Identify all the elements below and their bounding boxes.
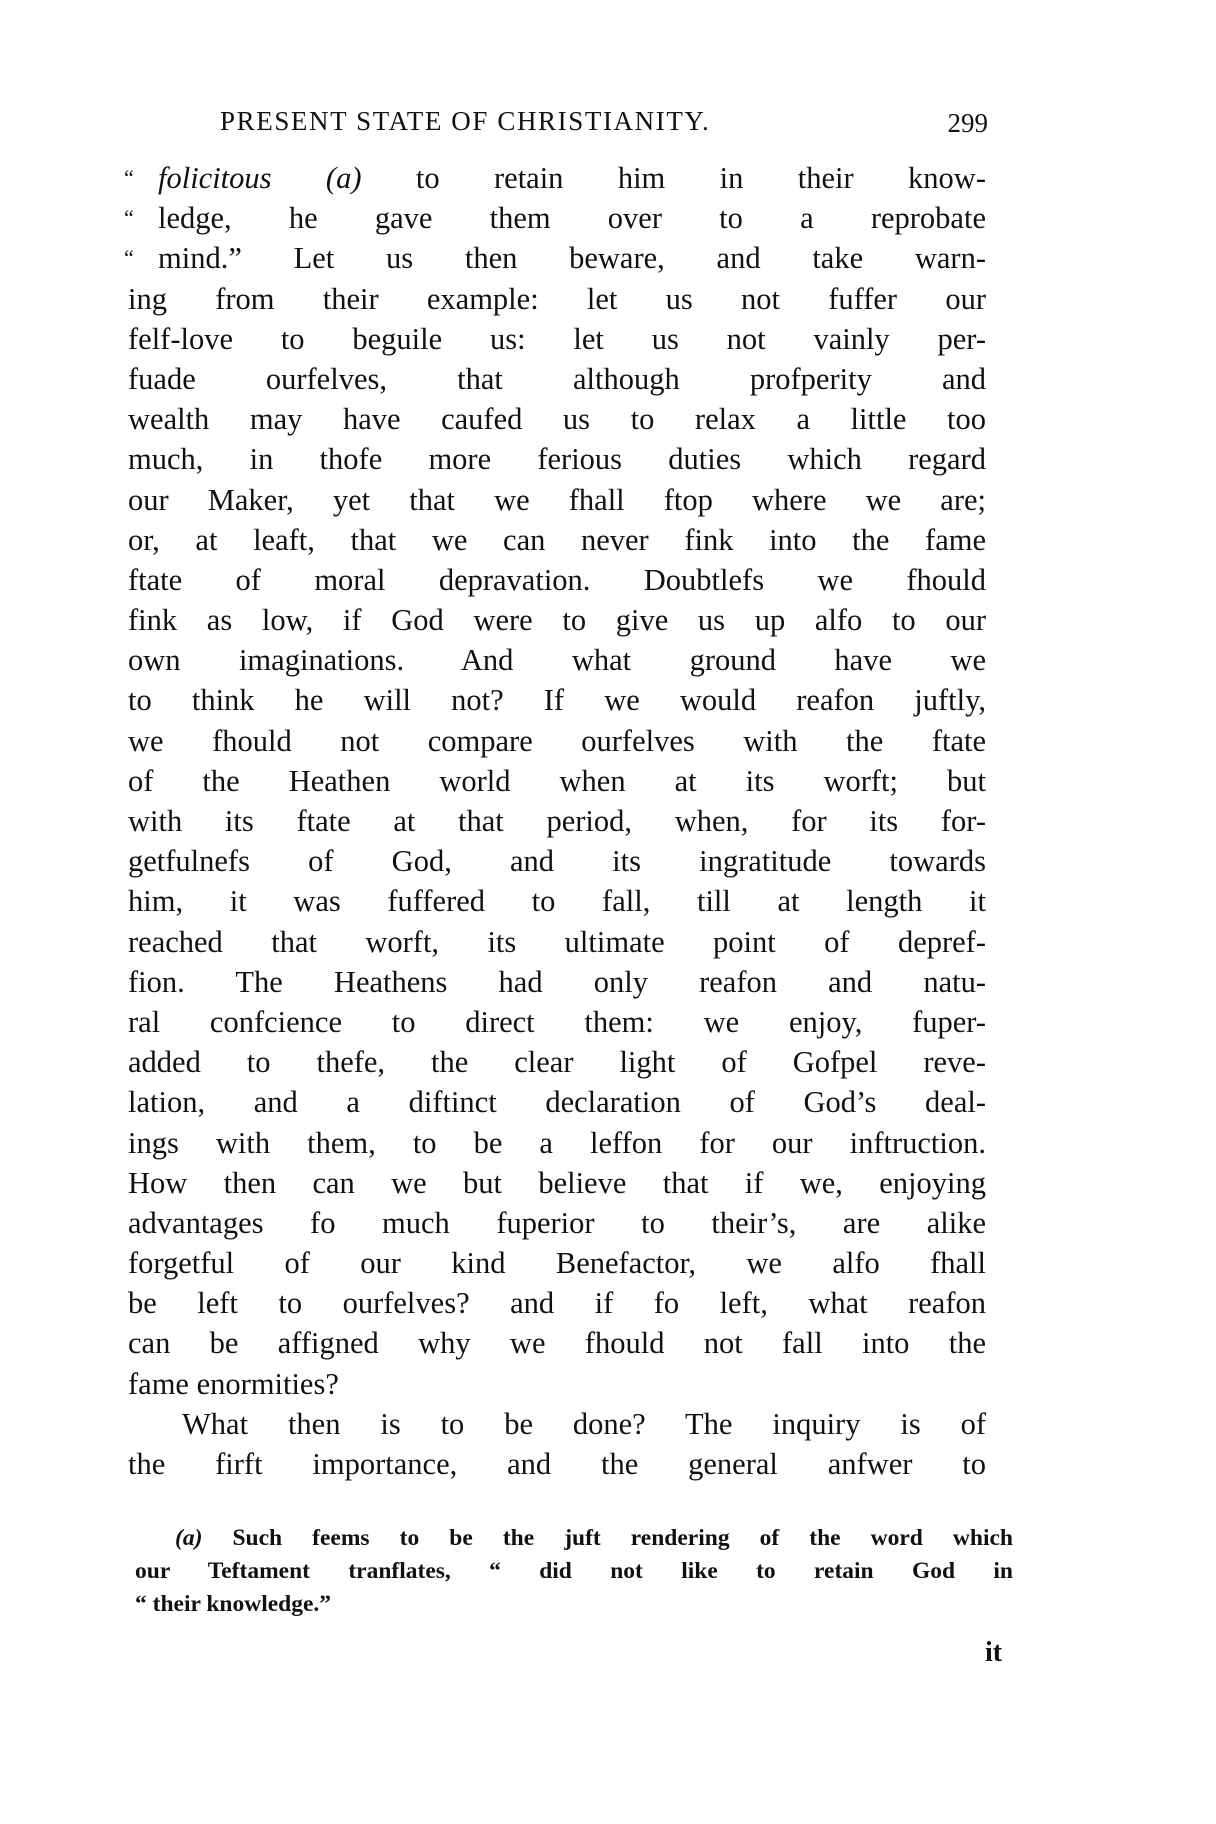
body-line: or, at leaft, that we can never fink int… — [128, 520, 986, 560]
body-line-paragraph-end: fame enormities? — [128, 1364, 986, 1404]
body-line: added to thefe, the clear light of Gofpe… — [128, 1042, 986, 1082]
running-title: PRESENT STATE OF CHRISTIANITY. — [220, 104, 710, 138]
body-line: felf-love to beguile us: let us not vain… — [128, 319, 986, 359]
body-line: “ ledge, he gave them over to a reprobat… — [128, 198, 986, 238]
running-head: PRESENT STATE OF CHRISTIANITY. 299 — [140, 104, 988, 138]
body-line: forgetful of our kind Benefactor, we alf… — [128, 1243, 986, 1283]
body-line: our Maker, yet that we fhall ftop where … — [128, 480, 986, 520]
body-line: own imaginations. And what ground have w… — [128, 640, 986, 680]
body-line: can be affigned why we fhould not fall i… — [128, 1323, 986, 1363]
body-line: lation, and a diftinct declaration of Go… — [128, 1082, 986, 1122]
body-line: much, in thofe more ferious duties which… — [128, 439, 986, 479]
body-line: wealth may have caufed us to relax a lit… — [128, 399, 986, 439]
line-text: to retain him in their know- — [361, 161, 986, 195]
body-line-paragraph-start: What then is to be done? The inquiry is … — [128, 1404, 986, 1444]
body-line: to think he will not? If we would reafon… — [128, 680, 986, 720]
quote-mark: “ — [124, 158, 134, 198]
body-line: ing from their example: let us not fuffe… — [128, 279, 986, 319]
body-line: ral confcience to direct them: we enjoy,… — [128, 1002, 986, 1042]
body-line: How then can we but believe that if we, … — [128, 1163, 986, 1203]
body-line: “ mind.” Let us then beware, and take wa… — [128, 238, 986, 278]
body-line: with its ftate at that period, when, for… — [128, 801, 986, 841]
footnote-line: (a) Such feems to be the juft rendering … — [135, 1522, 1013, 1555]
body-line: ftate of moral depravation. Doubtlefs we… — [128, 560, 986, 600]
line-text: ledge, he gave them over to a reprobate — [128, 198, 986, 238]
line-text: mind.” Let us then beware, and take warn… — [128, 238, 986, 278]
body-line: of the Heathen world when at its worft; … — [128, 761, 986, 801]
footnote: (a) Such feems to be the juft rendering … — [135, 1522, 1013, 1621]
body-line: fuade ourfelves, that although profperit… — [128, 359, 986, 399]
body-line: fink as low, if God were to give us up a… — [128, 600, 986, 640]
catchword: it — [985, 1636, 1002, 1670]
body-line: we fhould not compare ourfelves with the… — [128, 721, 986, 761]
quote-mark: “ — [124, 238, 134, 278]
body-line: “ folicitous (a) to retain him in their … — [128, 158, 986, 198]
body-line: the firft importance, and the general an… — [128, 1444, 986, 1484]
book-page: PRESENT STATE OF CHRISTIANITY. 299 “ fol… — [0, 0, 1216, 1824]
body-line: getfulnefs of God, and its ingratitude t… — [128, 841, 986, 881]
footnote-marker: (a) — [175, 1525, 202, 1551]
body-line: be left to ourfelves? and if fo left, wh… — [128, 1283, 986, 1323]
body-line: him, it was fuffered to fall, till at le… — [128, 881, 986, 921]
body-text: “ folicitous (a) to retain him in their … — [128, 158, 986, 1484]
footnote-text: Such feems to be the juft rendering of t… — [232, 1525, 1013, 1551]
footnote-line: our Teftament tranflates, “ did not like… — [135, 1555, 1013, 1588]
footnote-line: “ their knowledge.” — [135, 1588, 1013, 1621]
body-line: advantages fo much fuperior to their’s, … — [128, 1203, 986, 1243]
body-line: fion. The Heathens had only reafon and n… — [128, 962, 986, 1002]
italic-word: folicitous (a) — [158, 161, 361, 195]
body-line: ings with them, to be a leffon for our i… — [128, 1123, 986, 1163]
page-number: 299 — [948, 106, 989, 140]
body-line: reached that worft, its ultimate point o… — [128, 922, 986, 962]
quote-mark: “ — [124, 198, 134, 238]
